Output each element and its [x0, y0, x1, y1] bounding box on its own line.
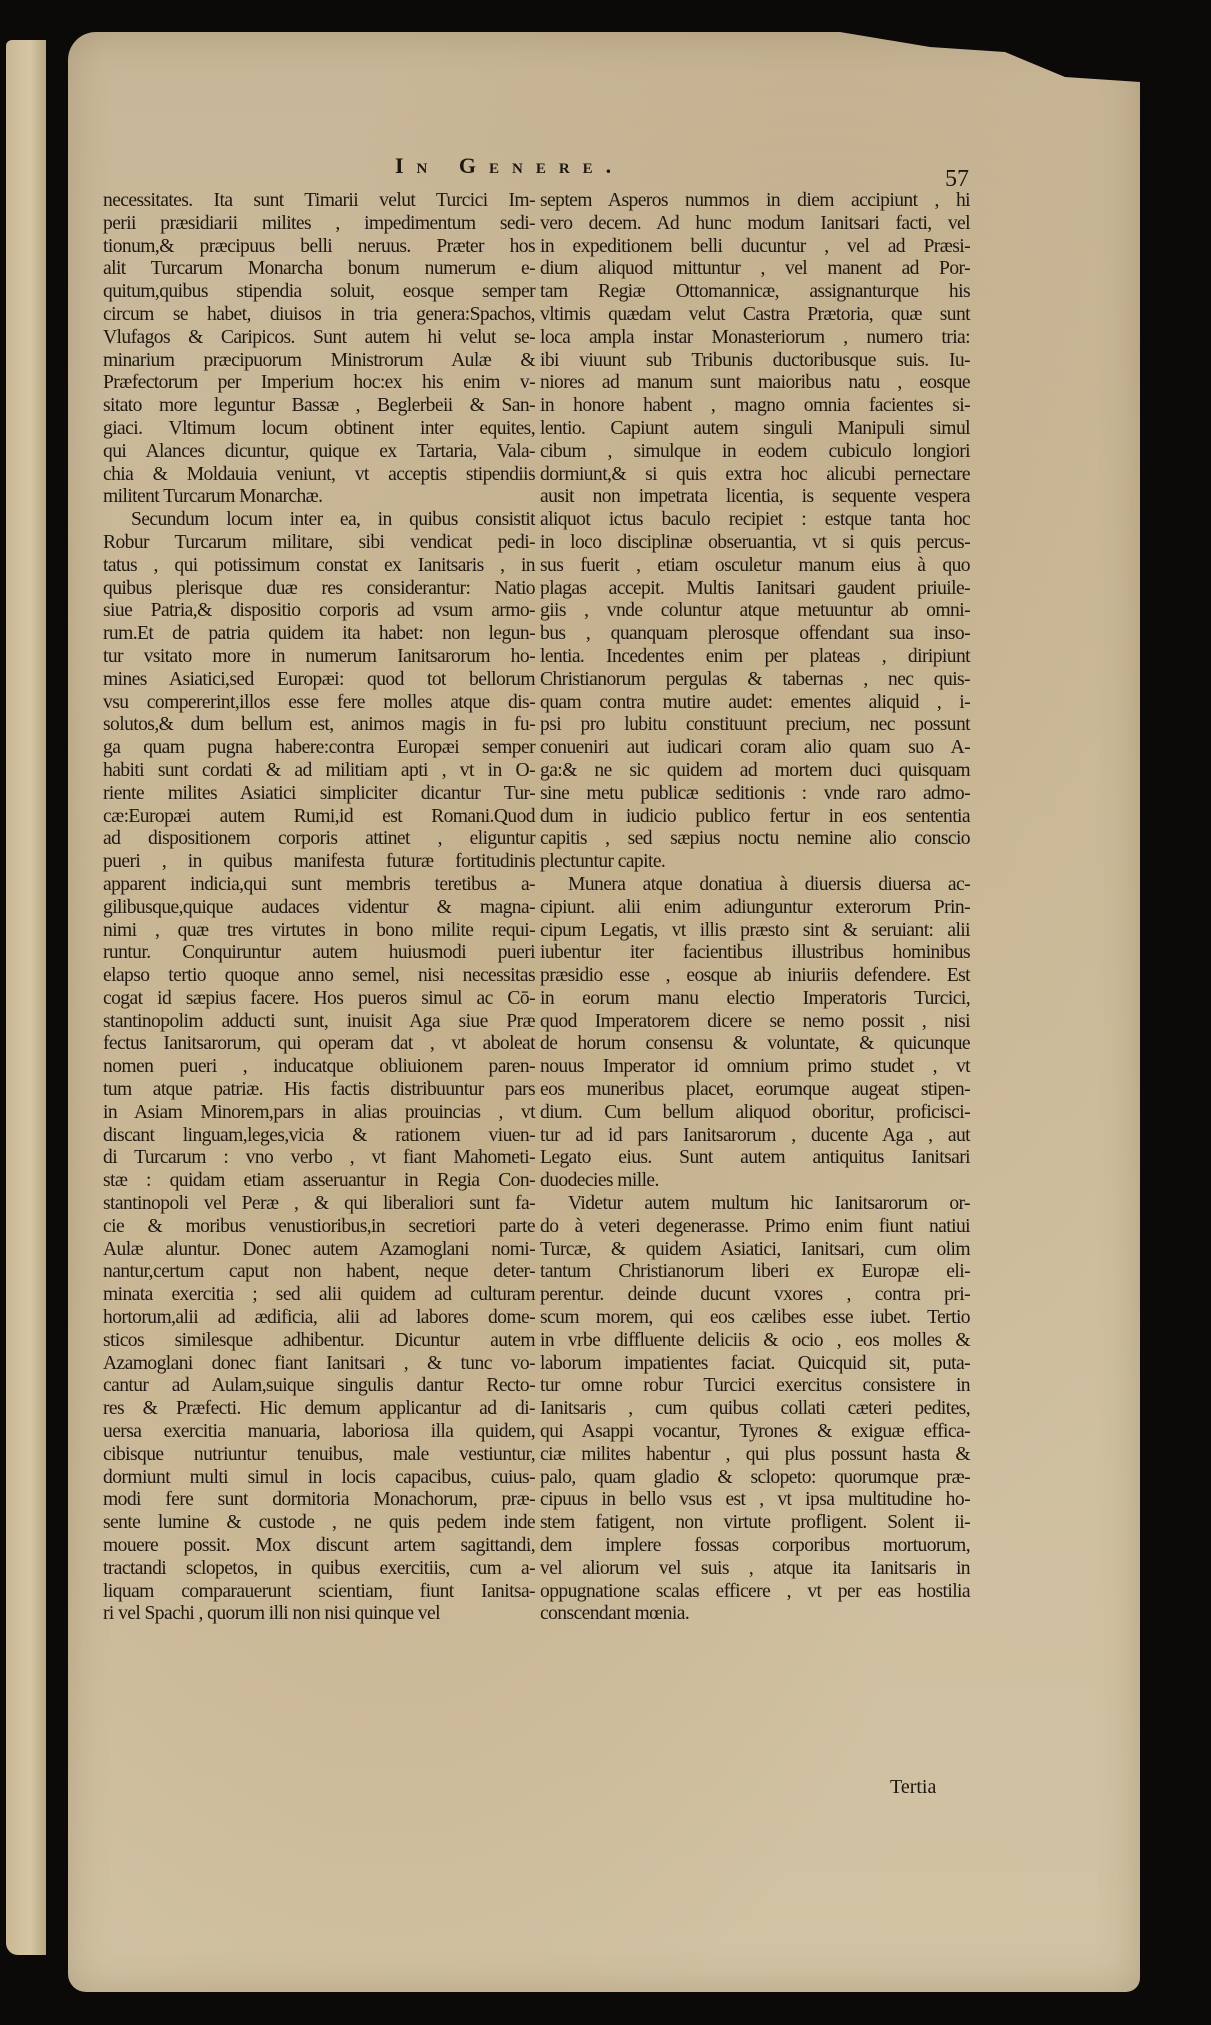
text-line: duodecies mille.	[540, 1170, 970, 1193]
text-line: Præfectorum per Imperium hoc:ex his enim…	[103, 372, 535, 395]
text-line: giis , vnde coluntur atque metuuntur ab …	[540, 600, 970, 623]
text-line: sitato more leguntur Bassæ , Beglerbeii …	[103, 395, 535, 418]
text-line: gilibusque,quique audaces videntur & mag…	[103, 897, 535, 920]
text-line: scum morem, qui eos cælibes esse iubet. …	[540, 1307, 970, 1330]
text-line: in Asiam Minorem,pars in alias prouincia…	[103, 1102, 535, 1125]
text-line: stæ : quidam etiam asseruantur in Regia …	[103, 1170, 535, 1193]
text-line: ad dispositionem corporis attinet , elig…	[103, 828, 535, 851]
text-line: qui Asappi vocantur, Tyrones & exiguæ ef…	[540, 1421, 970, 1444]
text-line: perii præsidiarii milites , impedimentum…	[103, 213, 535, 236]
text-line: in loco disciplinæ obseruantia, vt si qu…	[540, 532, 970, 555]
text-line: quam contra mutire audet: ementes aliqui…	[540, 692, 970, 715]
text-line: dum in iudicio publico fertur in eos sen…	[540, 806, 970, 829]
text-line: tam Regiæ Ottomannicæ, assignanturque hi…	[540, 281, 970, 304]
text-line: nantur,certum caput non habent, neque de…	[103, 1261, 535, 1284]
text-line: vsu compererint,illos esse fere molles a…	[103, 692, 535, 715]
text-line: dem implere fossas corporibus mortuorum,	[540, 1535, 970, 1558]
text-line: sine metu publicæ seditionis : vnde raro…	[540, 783, 970, 806]
text-line: plectuntur capite.	[540, 851, 970, 874]
text-line: vero decem. Ad hunc modum Ianitsari fact…	[540, 213, 970, 236]
running-head: In Genere.	[395, 153, 624, 179]
text-line: riente milites Asiatici simpliciter dica…	[103, 783, 535, 806]
torn-corner	[840, 32, 1140, 82]
text-line: vltimis quædam velut Castra Prætoria, qu…	[540, 304, 970, 327]
text-line: laborum impatientes faciat. Quicquid sit…	[540, 1353, 970, 1376]
text-line: nimi , quæ tres virtutes in bono milite …	[103, 920, 535, 943]
text-line: nomen pueri , inducatque obliuionem pare…	[103, 1056, 535, 1079]
catchword: Tertia	[890, 1776, 936, 1799]
text-line: fectus Ianitsarorum, qui operam dat , vt…	[103, 1033, 535, 1056]
text-line: capitis , sed sæpius noctu nemine alio c…	[540, 828, 970, 851]
text-line: tum atque patriæ. His factis distribuunt…	[103, 1079, 535, 1102]
text-line: uersa exercitia manuaria, laboriosa illa…	[103, 1421, 535, 1444]
text-line: iubentur iter facientibus illustribus ho…	[540, 942, 970, 965]
text-line: lentia. Incedentes enim per plateas , di…	[540, 646, 970, 669]
text-line: res & Præfecti. Hic demum applicantur ad…	[103, 1398, 535, 1421]
text-line: tatus , qui potissimum constat ex Ianits…	[103, 555, 535, 578]
text-line: cibum , simulque in eodem cubiculo longi…	[540, 441, 970, 464]
text-line: minarium præcipuorum Ministrorum Aulæ &	[103, 350, 535, 373]
text-line: psi pro lubitu constituunt precium, nec …	[540, 714, 970, 737]
text-line: in eorum manu electio Imperatoris Turcic…	[540, 988, 970, 1011]
text-line: Legato eius. Sunt autem antiquitus Ianit…	[540, 1147, 970, 1170]
text-line: tractandi sclopetos, in quibus exercitii…	[103, 1558, 535, 1581]
text-line: mouere possit. Mox discunt artem sagitta…	[103, 1535, 535, 1558]
text-line: qui Alances dicuntur, quique ex Tartaria…	[103, 441, 535, 464]
text-line: eos muneribus placet, eorumque augeat st…	[540, 1079, 970, 1102]
text-line: liquam comparauerunt scientiam, fiunt Ia…	[103, 1581, 535, 1604]
text-line: habiti sunt cordati & ad militiam apti ,…	[103, 760, 535, 783]
text-line: Ianitsaris , cum quibus collati cæteri p…	[540, 1398, 970, 1421]
text-line: conueniri aut iudicari coram alio quam s…	[540, 737, 970, 760]
text-line: vel aliorum vel suis , atque ita Ianitsa…	[540, 1558, 970, 1581]
text-line: stantinopolim adducti sunt, inuisit Aga …	[103, 1011, 535, 1034]
text-line: Azamoglani donec fiant Ianitsari , & tun…	[103, 1353, 535, 1376]
text-line: cibisque nutriuntur tenuibus, male vesti…	[103, 1444, 535, 1467]
text-line: cæ:Europæi autem Rumi,id est Romani.Quod	[103, 806, 535, 829]
text-line: Aulæ aluntur. Donec autem Azamoglani nom…	[103, 1239, 535, 1262]
text-line: lentio. Capiunt autem singuli Manipuli s…	[540, 418, 970, 441]
text-line: dormiunt multi simul in locis capacibus,…	[103, 1467, 535, 1490]
text-line: ga:& ne sic quidem ad mortem duci quisqu…	[540, 760, 970, 783]
text-line: modi fere sunt dormitoria Monachorum, pr…	[103, 1489, 535, 1512]
text-line: stantinopoli vel Peræ , & qui liberalior…	[103, 1193, 535, 1216]
text-line: de horum consensu & voluntate, & quicunq…	[540, 1033, 970, 1056]
text-line: tantum Christianorum liberi ex Europæ el…	[540, 1261, 970, 1284]
text-line: septem Asperos nummos in diem accipiunt …	[540, 190, 970, 213]
text-line: Turcæ, & quidem Asiatici, Ianitsari, cum…	[540, 1239, 970, 1262]
text-line: Vlufagos & Caripicos. Sunt autem hi velu…	[103, 327, 535, 350]
text-line: mines Asiatici,sed Europæi: quod tot bel…	[103, 669, 535, 692]
text-line: ausit non impetrata licentia, is sequent…	[540, 486, 970, 509]
text-line: siue Patria,& dispositio corporis ad vsu…	[103, 600, 535, 623]
text-line: elapso tertio quoque anno semel, nisi ne…	[103, 965, 535, 988]
text-line: Christianorum pergulas & tabernas , nec …	[540, 669, 970, 692]
text-line: discant linguam,leges,vicia & rationem v…	[103, 1125, 535, 1148]
left-text-column: necessitates. Ita sunt Timarii velut Tur…	[103, 190, 535, 1626]
text-line: do à veteri degenerasse. Primo enim fiun…	[540, 1216, 970, 1239]
text-line: sente lumine & custode , ne quis pedem i…	[103, 1512, 535, 1535]
text-line: minata exercitia ; sed alii quidem ad cu…	[103, 1284, 535, 1307]
text-line: ciæ milites habentur , qui plus possunt …	[540, 1444, 970, 1467]
text-line: stem fatigent, non virtute profligent. S…	[540, 1512, 970, 1535]
previous-page-edge	[6, 40, 46, 1955]
text-line: plagas accepit. Multis Ianitsari gaudent…	[540, 578, 970, 601]
text-line: cie & moribus venustioribus,in secretior…	[103, 1216, 535, 1239]
right-text-column: septem Asperos nummos in diem accipiunt …	[540, 190, 970, 1626]
text-line: tur vsitato more in numerum Ianitsarorum…	[103, 646, 535, 669]
text-line: solutos,& dum bellum est, animos magis i…	[103, 714, 535, 737]
text-line: dormiunt,& si quis extra hoc alicubi per…	[540, 464, 970, 487]
text-line: apparent indicia,qui sunt membris tereti…	[103, 874, 535, 897]
text-line: perentur. deinde ducunt vxores , contra …	[540, 1284, 970, 1307]
text-line: quibus plerisque duæ res considerantur: …	[103, 578, 535, 601]
text-line: loca ampla instar Monasteriorum , numero…	[540, 327, 970, 350]
text-line: quitum,quibus stipendia soluit, eosque s…	[103, 281, 535, 304]
text-line: militent Turcarum Monarchæ.	[103, 486, 535, 509]
text-line: runtur. Conquiruntur autem huiusmodi pue…	[103, 942, 535, 965]
text-line: dium. Cum bellum aliquod oboritur, profi…	[540, 1102, 970, 1125]
text-line: quod Imperatorem dicere se nemo possit ,…	[540, 1011, 970, 1034]
text-line: oppugnatione scalas efficere , vt per ea…	[540, 1581, 970, 1604]
text-line: nouus Imperator id omnium primo studet ,…	[540, 1056, 970, 1079]
text-line: ri vel Spachi , quorum illi non nisi qui…	[103, 1603, 535, 1626]
text-line: cantur ad Aulam,suique singulis dantur R…	[103, 1375, 535, 1398]
text-line: aliquot ictus baculo recipiet : estque t…	[540, 509, 970, 532]
text-line: ga quam pugna habere:contra Europæi semp…	[103, 737, 535, 760]
text-line: tionum,& præcipuus belli neruus. Præter …	[103, 236, 535, 259]
text-line: in vrbe diffluente deliciis & ocio , eos…	[540, 1330, 970, 1353]
text-line: cogat id sæpius facere. Hos pueros simul…	[103, 988, 535, 1011]
text-line: hortorum,alii ad ædificia, alii ad labor…	[103, 1307, 535, 1330]
page-number: 57	[945, 166, 969, 193]
text-line: Secundum locum inter ea, in quibus consi…	[103, 509, 535, 532]
text-line: tur omne robur Turcici exercitus consist…	[540, 1375, 970, 1398]
text-line: alit Turcarum Monarcha bonum numerum e-	[103, 258, 535, 281]
text-line: in expeditionem belli ducuntur , vel ad …	[540, 236, 970, 259]
text-line: di Turcarum : vno verbo , vt fiant Mahom…	[103, 1147, 535, 1170]
text-line: conscendant mœnia.	[540, 1603, 970, 1626]
text-line: circum se habet, diuisos in tria genera:…	[103, 304, 535, 327]
text-line: cipum Legatis, vt illis præsto sint & se…	[540, 920, 970, 943]
text-line: ibi viuunt sub Tribunis ductoribusque su…	[540, 350, 970, 373]
text-line: sticos similesque adhibentur. Dicuntur a…	[103, 1330, 535, 1353]
text-line: giaci. Vltimum locum obtinent inter equi…	[103, 418, 535, 441]
text-line: niores ad manum sunt maioribus natu , eo…	[540, 372, 970, 395]
text-line: necessitates. Ita sunt Timarii velut Tur…	[103, 190, 535, 213]
text-line: pueri , in quibus manifesta futuræ forti…	[103, 851, 535, 874]
text-line: cipuus in bello vsus est , vt ipsa multi…	[540, 1489, 970, 1512]
text-line: palo, quam gladio & sclopeto: quorumque …	[540, 1467, 970, 1490]
text-line: chia & Moldauia veniunt, vt acceptis sti…	[103, 464, 535, 487]
text-line: tur ad id pars Ianitsarorum , ducente Ag…	[540, 1125, 970, 1148]
text-line: Munera atque donatiua à diuersis diuersa…	[540, 874, 970, 897]
text-line: Robur Turcarum militare, sibi vendicat p…	[103, 532, 535, 555]
text-line: Videtur autem multum hic Ianitsarorum or…	[540, 1193, 970, 1216]
text-line: sus fuerit , etiam osculetur manum eius …	[540, 555, 970, 578]
text-line: bus , quanquam plerosque offendant sua i…	[540, 623, 970, 646]
text-line: cipiunt. alii enim adiunguntur exterorum…	[540, 897, 970, 920]
text-line: in honore habent , magno omnia facientes…	[540, 395, 970, 418]
text-line: dium aliquod mittuntur , vel manent ad P…	[540, 258, 970, 281]
text-line: rum.Et de patria quidem ita habet: non l…	[103, 623, 535, 646]
text-line: præsidio esse , eosque ab iniuriis defen…	[540, 965, 970, 988]
